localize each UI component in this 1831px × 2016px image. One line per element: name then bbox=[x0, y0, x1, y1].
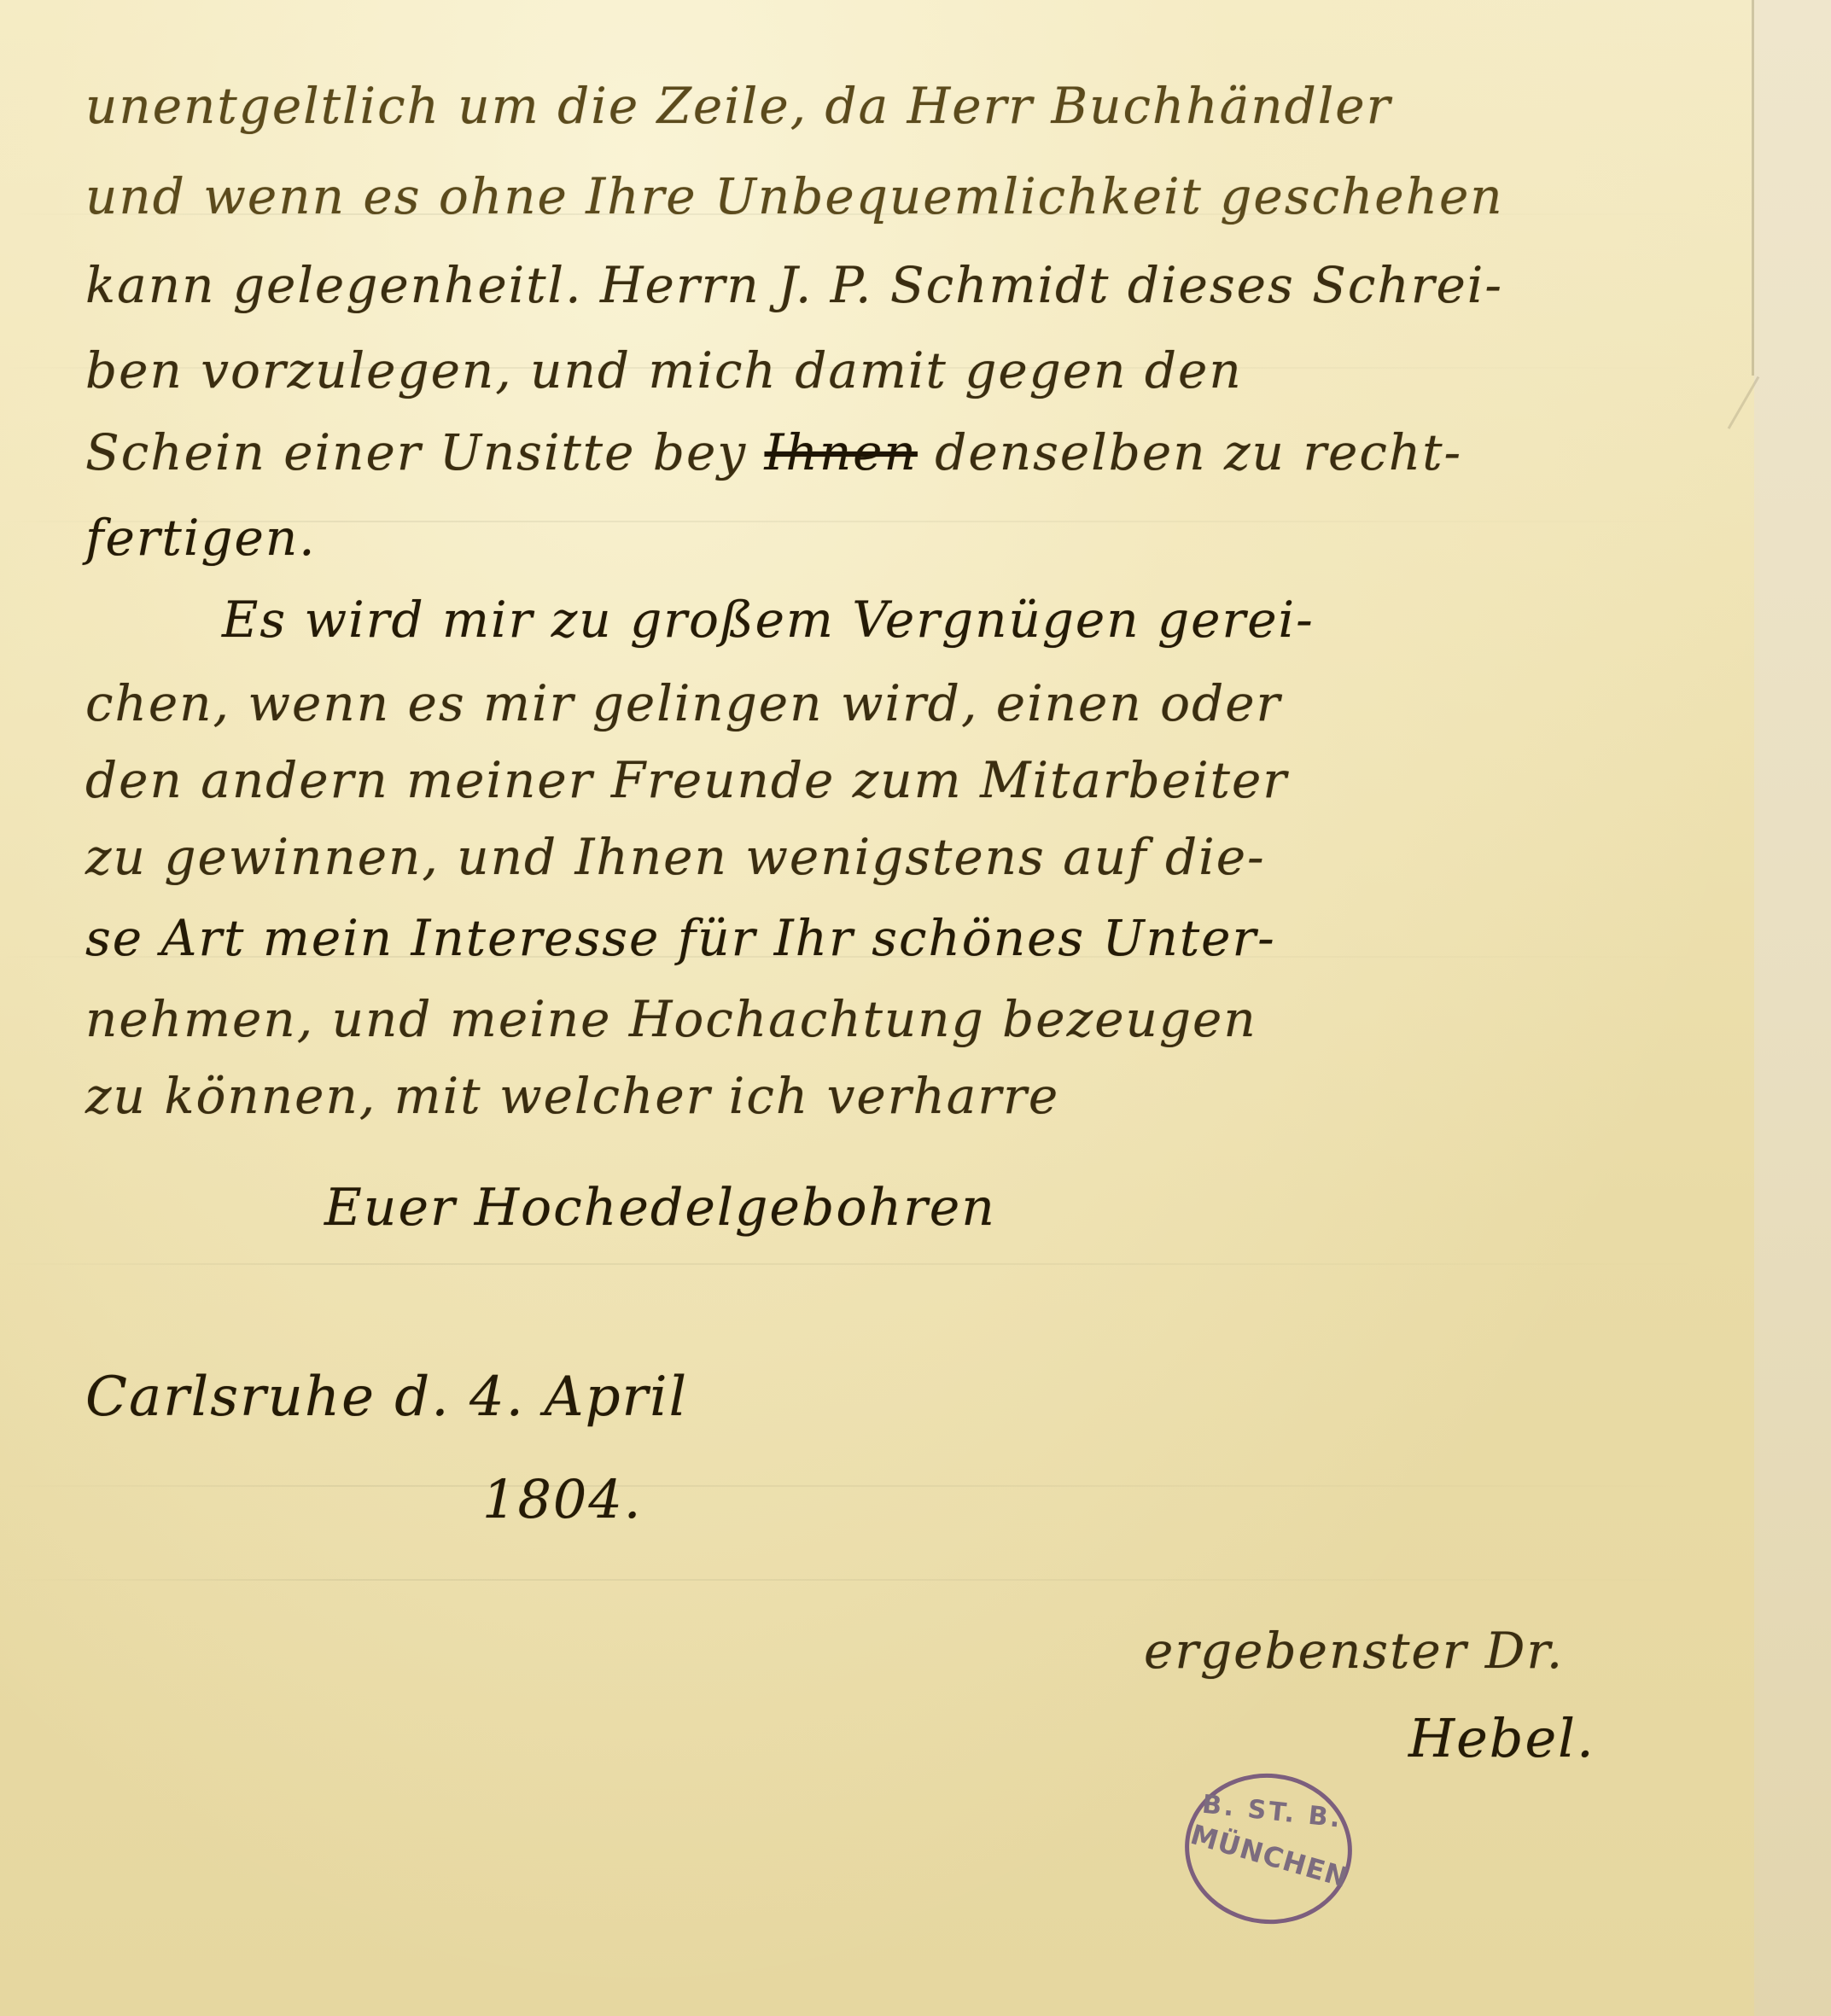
body-line-4: ben vorzulegen, und mich damit gegen den bbox=[85, 341, 1243, 399]
paragraph-2-line-2: chen, wenn es mir gelingen wird, einen o… bbox=[85, 674, 1281, 732]
closing: ergebenster Dr. bbox=[1144, 1622, 1564, 1680]
signature: Hebel. bbox=[1408, 1707, 1595, 1769]
line5-after: denselben zu recht- bbox=[918, 423, 1462, 481]
paragraph-2-line-7: zu können, mit welcher ich verharre bbox=[85, 1067, 1059, 1125]
show-through-line bbox=[0, 1485, 1707, 1487]
place-date: Carlsruhe d. 4. April bbox=[85, 1366, 688, 1429]
body-line-6: fertigen. bbox=[85, 509, 317, 567]
salutation: Euer Hochedelgebohren bbox=[324, 1178, 996, 1238]
show-through-line bbox=[0, 1579, 1707, 1581]
underlying-sheet bbox=[1754, 0, 1831, 2016]
line5-before: Schein einer Unsitte bey bbox=[85, 423, 765, 481]
body-line-1: unentgeltlich um die Zeile, da Herr Buch… bbox=[85, 77, 1391, 135]
paragraph-2-line-6: nehmen, und meine Hochachtung bezeugen bbox=[85, 990, 1257, 1048]
year: 1804. bbox=[482, 1468, 643, 1530]
show-through-line bbox=[0, 1263, 1707, 1265]
sheet-edge bbox=[1752, 0, 1754, 376]
struck-word: Ihnen bbox=[765, 423, 918, 481]
body-line-2: und wenn es ohne Ihre Unbequemlichkeit g… bbox=[85, 167, 1504, 225]
paragraph-2-line-3: den andern meiner Freunde zum Mitarbeite… bbox=[85, 751, 1288, 809]
paragraph-2-line-4: zu gewinnen, und Ihnen wenigstens auf di… bbox=[85, 828, 1266, 886]
body-line-3: kann gelegenheitl. Herrn J. P. Schmidt d… bbox=[85, 256, 1503, 314]
paragraph-2-line-1: Es wird mir zu großem Vergnügen gerei- bbox=[222, 591, 1315, 649]
paragraph-2-line-5: se Art mein Interesse für Ihr schönes Un… bbox=[85, 909, 1276, 967]
body-line-5: Schein einer Unsitte bey Ihnen denselben… bbox=[85, 423, 1462, 481]
